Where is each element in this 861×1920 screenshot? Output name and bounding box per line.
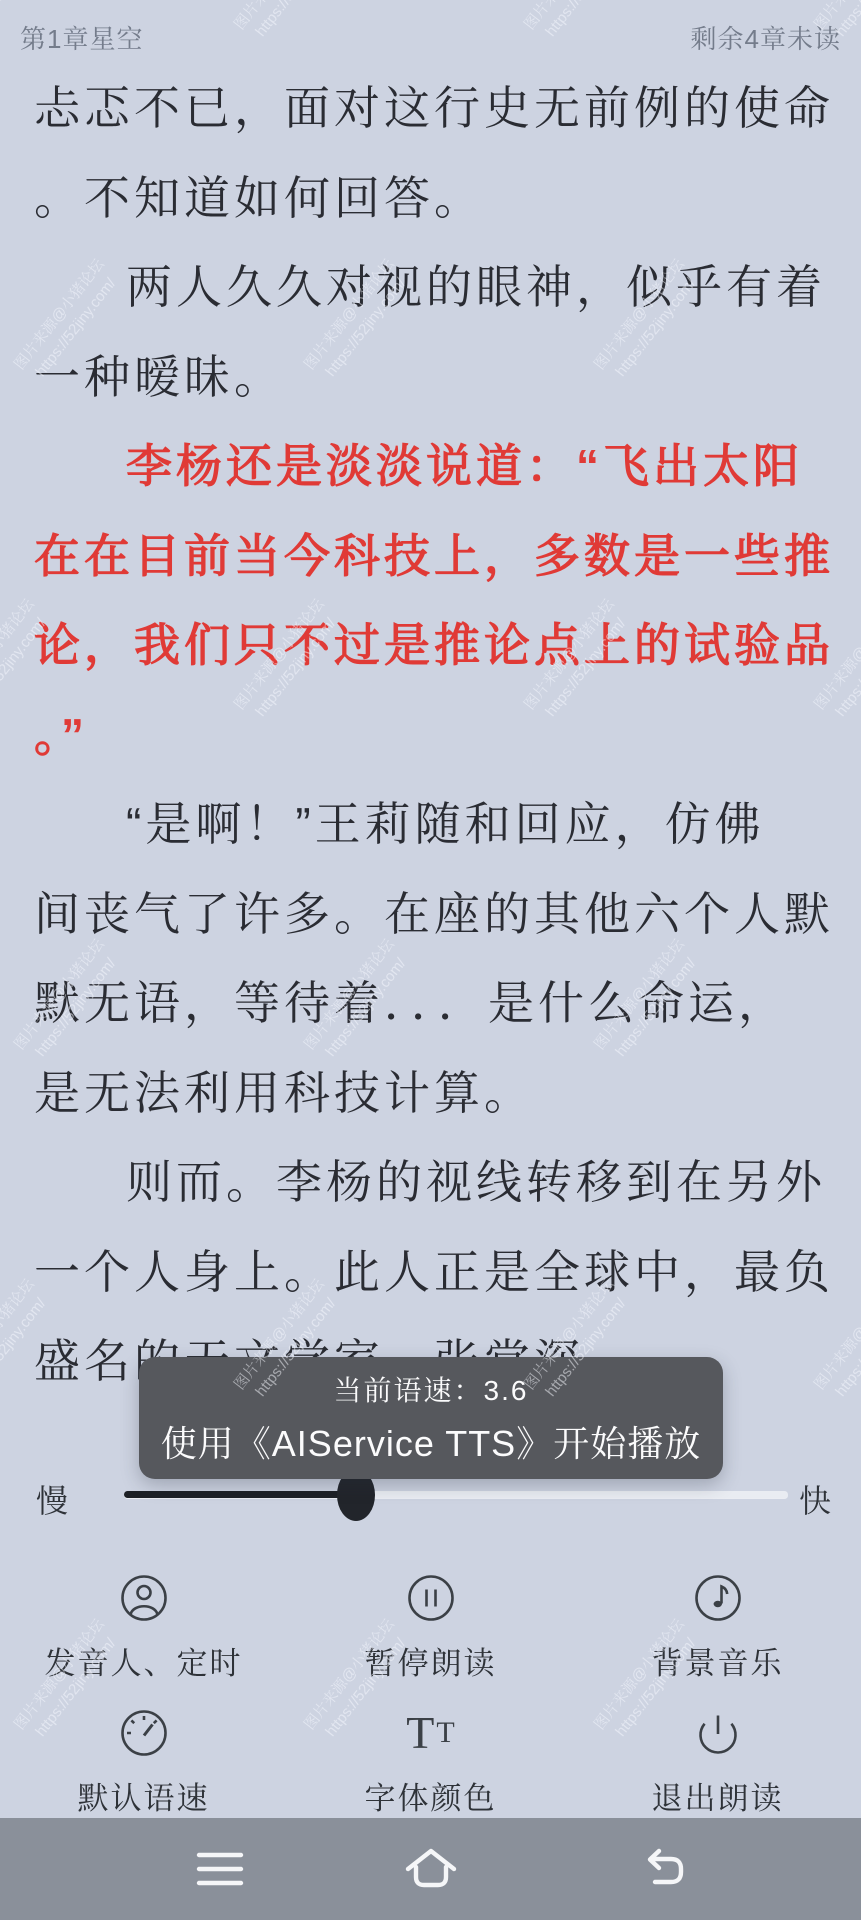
tts-controls: 发音人、定时 暂停朗读 背景音乐 <box>0 1572 861 1818</box>
control-label: 默认语速 <box>78 1773 210 1818</box>
text-line: 忐忑不已，面对这行史无前例的使命 <box>34 64 833 154</box>
control-label: 背景音乐 <box>652 1638 784 1683</box>
person-icon <box>118 1572 170 1624</box>
text-line: 在在目前当今科技上，多数是一些推 <box>34 512 833 602</box>
toast-engine-text: 使用《AIService TTS》开始播放 <box>161 1416 701 1467</box>
control-background-music[interactable]: 背景音乐 <box>574 1572 861 1683</box>
menu-icon[interactable] <box>196 1847 244 1891</box>
text-line: 论，我们只不过是推论点上的试验品 <box>34 601 833 691</box>
font-tt-icon: TT <box>405 1707 457 1759</box>
text-line: 则而。李杨的视线转移到在另外 <box>34 1138 833 1228</box>
text-line: 是无法利用科技计算。 <box>34 1049 833 1139</box>
music-note-icon <box>692 1572 744 1624</box>
text-line: 间丧气了许多。在座的其他六个人默 <box>34 870 833 960</box>
control-default-speed[interactable]: 默认语速 <box>0 1707 287 1818</box>
tts-toast: 当前语速：3.6 使用《AIService TTS》开始播放 <box>139 1357 723 1479</box>
text-line: 一种暧昧。 <box>34 333 833 423</box>
speedometer-icon <box>118 1707 170 1759</box>
pause-icon <box>405 1572 457 1624</box>
slider-fast-label: 快 <box>799 1476 831 1522</box>
home-icon[interactable] <box>402 1843 460 1895</box>
reading-area[interactable]: 忐忑不已，面对这行史无前例的使命。不知道如何回答。两人久久对视的眼神，似乎有着一… <box>34 64 833 1407</box>
control-label: 退出朗读 <box>652 1773 784 1818</box>
remaining-chapters: 剩余4章未读 <box>691 19 841 56</box>
text-line: “是啊！”王莉随和回应，仿佛 <box>34 780 833 870</box>
control-exit-reading[interactable]: 退出朗读 <box>574 1707 861 1818</box>
toast-speed-text: 当前语速：3.6 <box>334 1369 529 1409</box>
screen: 第1章星空 剩余4章未读 忐忑不已，面对这行史无前例的使命。不知道如何回答。两人… <box>0 0 861 1920</box>
power-icon <box>692 1707 744 1759</box>
speed-slider-track[interactable] <box>124 1491 788 1498</box>
text-line: 两人久久对视的眼神，似乎有着 <box>34 243 833 333</box>
text-line: 一个人身上。此人正是全球中，最负 <box>34 1228 833 1318</box>
control-label: 字体颜色 <box>365 1773 497 1818</box>
control-voice-timer[interactable]: 发音人、定时 <box>0 1572 287 1683</box>
text-line: 默无语，等待着．．．是什么命运， <box>34 959 833 1049</box>
control-pause-reading[interactable]: 暂停朗读 <box>287 1572 574 1683</box>
text-line: 李杨还是淡淡说道：“飞出太阳 <box>34 422 833 512</box>
slider-fill <box>124 1491 356 1498</box>
control-font-color[interactable]: TT 字体颜色 <box>287 1707 574 1818</box>
text-line: 。” <box>34 691 833 781</box>
android-nav-bar <box>0 1818 861 1920</box>
reader-topbar: 第1章星空 剩余4章未读 <box>0 0 861 62</box>
chapter-title: 第1章星空 <box>20 19 143 56</box>
control-label: 发音人、定时 <box>45 1638 243 1683</box>
back-icon[interactable] <box>638 1848 686 1890</box>
text-line: 。不知道如何回答。 <box>34 154 833 244</box>
control-label: 暂停朗读 <box>365 1638 497 1683</box>
slider-slow-label: 慢 <box>36 1476 68 1522</box>
